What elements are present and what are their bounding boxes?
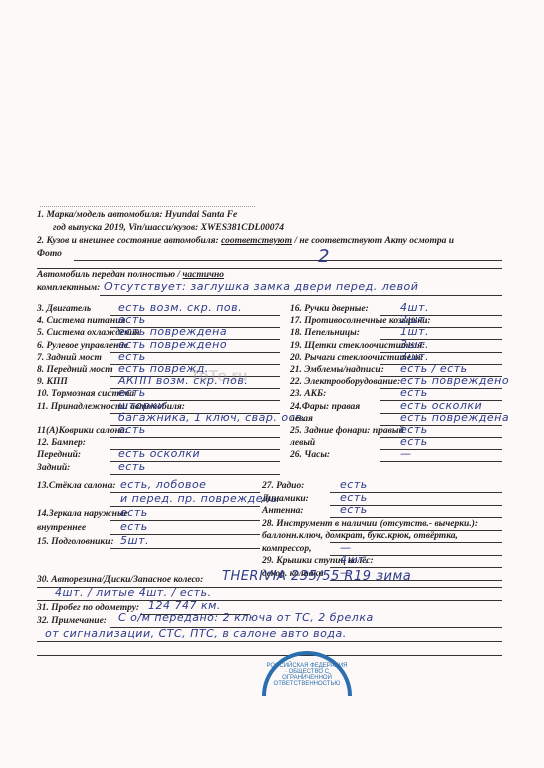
field-value: есть xyxy=(118,350,146,363)
field-label: 3. Двигатель xyxy=(37,304,91,314)
field-value: и перед. пр. повреждены xyxy=(120,492,280,505)
field-value: 5шт. xyxy=(120,534,149,547)
field-value: есть / есть xyxy=(400,362,468,375)
field-label: 11(А)Коврики салона: xyxy=(37,426,128,436)
field-label: 4. Система питания xyxy=(37,316,125,326)
completeness-value: Отсутствует: заглушка замка двери перед.… xyxy=(104,280,418,293)
field-value: есть повреждена xyxy=(118,325,227,338)
completeness-line xyxy=(100,295,502,296)
field-label: Задний: xyxy=(37,463,70,473)
item2-selected-option: соответствуют xyxy=(221,236,292,246)
photo-line xyxy=(74,260,502,261)
note-value-line1: С о/м передано: 2 ключа от ТС, 2 брелка xyxy=(118,611,374,624)
field-underline xyxy=(380,449,502,450)
top-dotted-line xyxy=(40,206,255,207)
field-label: 22. Электрооборудование: xyxy=(290,377,400,387)
item2-rest: / не соответствуют Акту осмотра и xyxy=(294,236,454,246)
field-value: 4шт. xyxy=(400,301,429,314)
divider-line xyxy=(37,268,502,269)
field-value: есть xyxy=(340,503,368,516)
note-label: 32. Примечание: xyxy=(37,616,107,626)
field-underline xyxy=(380,388,502,389)
field-underline xyxy=(380,461,502,462)
field-label: компрессор, xyxy=(262,544,312,554)
field-label: 12. Бампер: xyxy=(37,438,86,448)
item1-line2: год выпуска 2019, Vin/шасси/кузов: XWES3… xyxy=(53,223,284,233)
field-label: 6. Рулевое управление xyxy=(37,341,128,351)
field-underline xyxy=(380,327,502,328)
field-label: Передний: xyxy=(37,450,81,460)
field-value: есть xyxy=(118,460,146,473)
field-label: 24.Фары: правая xyxy=(290,402,360,412)
field-value: есть xyxy=(400,386,428,399)
tires-value-line1: THERIVIA 235/55 R19 зима xyxy=(222,569,411,584)
field-label: 27. Радио: xyxy=(262,481,304,491)
field-value: багажника, 1 ключ, свар. осв. xyxy=(118,411,306,424)
document-page: 1. Марка/модель автомобиля: Hyundai Sant… xyxy=(0,0,544,768)
field-underline xyxy=(380,437,502,438)
field-label: левая xyxy=(290,414,313,424)
field-value: есть xyxy=(118,313,146,326)
field-label: 28. Инструмент в наличии (отсутств.- выч… xyxy=(262,519,478,529)
tires-label: 30. Авторезина/Диски/Запасное колесо: xyxy=(37,575,203,585)
field-label: 23. АКБ: xyxy=(290,389,326,399)
field-value: есть xyxy=(118,423,146,436)
field-value: есть возм. скр. пов. xyxy=(118,301,242,314)
field-value: есть повреждено xyxy=(118,338,227,351)
field-value: есть повреждена xyxy=(400,411,509,424)
stamp-text: РОССИЙСКАЯ ФЕДЕРАЦИЯ · ОБЩЕСТВО С ОГРАНИ… xyxy=(262,651,352,696)
company-stamp: РОССИЙСКАЯ ФЕДЕРАЦИЯ · ОБЩЕСТВО С ОГРАНИ… xyxy=(262,651,352,696)
field-label: 15. Подголовники: xyxy=(37,537,114,547)
field-label: 9. КПП xyxy=(37,377,68,387)
field-label: баллонн.ключ, домкрат, букс.крюк, отвёрт… xyxy=(262,531,458,541)
field-label: 21. Эмблемы/надписи: xyxy=(290,365,384,375)
field-value: есть осколки xyxy=(118,447,200,460)
field-underline xyxy=(330,567,502,568)
item1-label: 1. Марка/модель автомобиля: Hyundai Sant… xyxy=(37,210,237,220)
watermark: ТоТо.ru xyxy=(190,368,248,386)
field-label: 25. Задние фонари: правый xyxy=(290,426,404,436)
field-value: есть, лобовое xyxy=(120,478,206,491)
item2-prefix: 2. Кузов и внешнее состояние автомобиля: xyxy=(37,236,219,246)
field-value: 1шт. xyxy=(400,325,429,338)
field-value: есть осколки xyxy=(400,399,482,412)
field-value: 2шт. xyxy=(400,313,429,326)
field-value: — xyxy=(340,541,352,554)
note-value-line2: от сигнализации, СТС, ПТС, в салоне авто… xyxy=(45,627,347,640)
completeness-label: Автомобиль передан полностью / частично xyxy=(37,270,224,280)
completeness-label-c: комплектным: xyxy=(37,283,100,293)
tires-line2 xyxy=(37,600,502,601)
field-label: 8. Передний мост xyxy=(37,365,113,375)
field-label: 13.Стёкла салона: xyxy=(37,481,116,491)
photo-label: Фото xyxy=(37,249,62,259)
field-value: есть xyxy=(118,386,146,399)
photo-value: 2 xyxy=(318,246,330,267)
field-underline xyxy=(110,474,280,475)
completeness-label-b: частично xyxy=(182,270,224,280)
note-line2 xyxy=(37,641,502,642)
field-label: Антенна: xyxy=(262,506,304,516)
field-underline xyxy=(330,542,502,543)
item2-label: 2. Кузов и внешнее состояние автомобиля:… xyxy=(37,236,454,246)
field-underline xyxy=(110,548,260,549)
field-value: 3шт. xyxy=(400,338,429,351)
field-value: — xyxy=(400,447,412,460)
field-label: 14.Зеркала наружные xyxy=(37,509,128,519)
field-value: есть xyxy=(340,491,368,504)
field-label: внутреннее xyxy=(37,523,86,533)
completeness-label-a: Автомобиль передан полностью / xyxy=(37,270,180,280)
field-label: левый xyxy=(290,438,315,448)
tires-value-line2: 4шт. / литые 4шт. / есть. xyxy=(55,586,212,599)
field-value: есть повреждено xyxy=(400,374,509,387)
field-value: есть xyxy=(340,478,368,491)
field-value: есть xyxy=(120,506,148,519)
field-label: Динамики: xyxy=(262,494,309,504)
field-value: 3шт. xyxy=(400,350,429,363)
field-underline xyxy=(110,437,280,438)
field-value: есть xyxy=(400,423,428,436)
field-value: есть xyxy=(400,435,428,448)
field-label: 18. Пепельницы: xyxy=(290,328,360,338)
field-label: 16. Ручки дверные: xyxy=(290,304,369,314)
field-value: шторки xyxy=(118,399,165,412)
field-label: 7. Задний мост xyxy=(37,353,102,363)
field-value: есть xyxy=(120,520,148,533)
field-label: 26. Часы: xyxy=(290,450,330,460)
field-value: 4шт. xyxy=(340,553,369,566)
